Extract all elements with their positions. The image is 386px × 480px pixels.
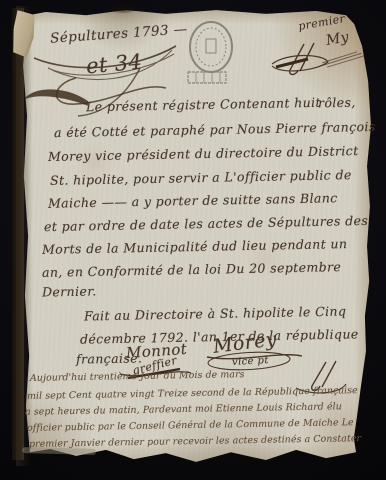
signature-ellipse-flourish-icon	[206, 351, 292, 371]
photographed-manuscript: Sépultures 1793 — et 34 premier My Le pr…	[0, 0, 386, 480]
oval-stamp-icon	[183, 20, 239, 88]
body-line: rôles,	[318, 95, 356, 111]
ink-stain	[108, 3, 138, 14]
paraph-top-icon	[268, 40, 332, 78]
opening-swash-icon	[24, 86, 90, 112]
body-line: Dernier.	[42, 283, 97, 299]
